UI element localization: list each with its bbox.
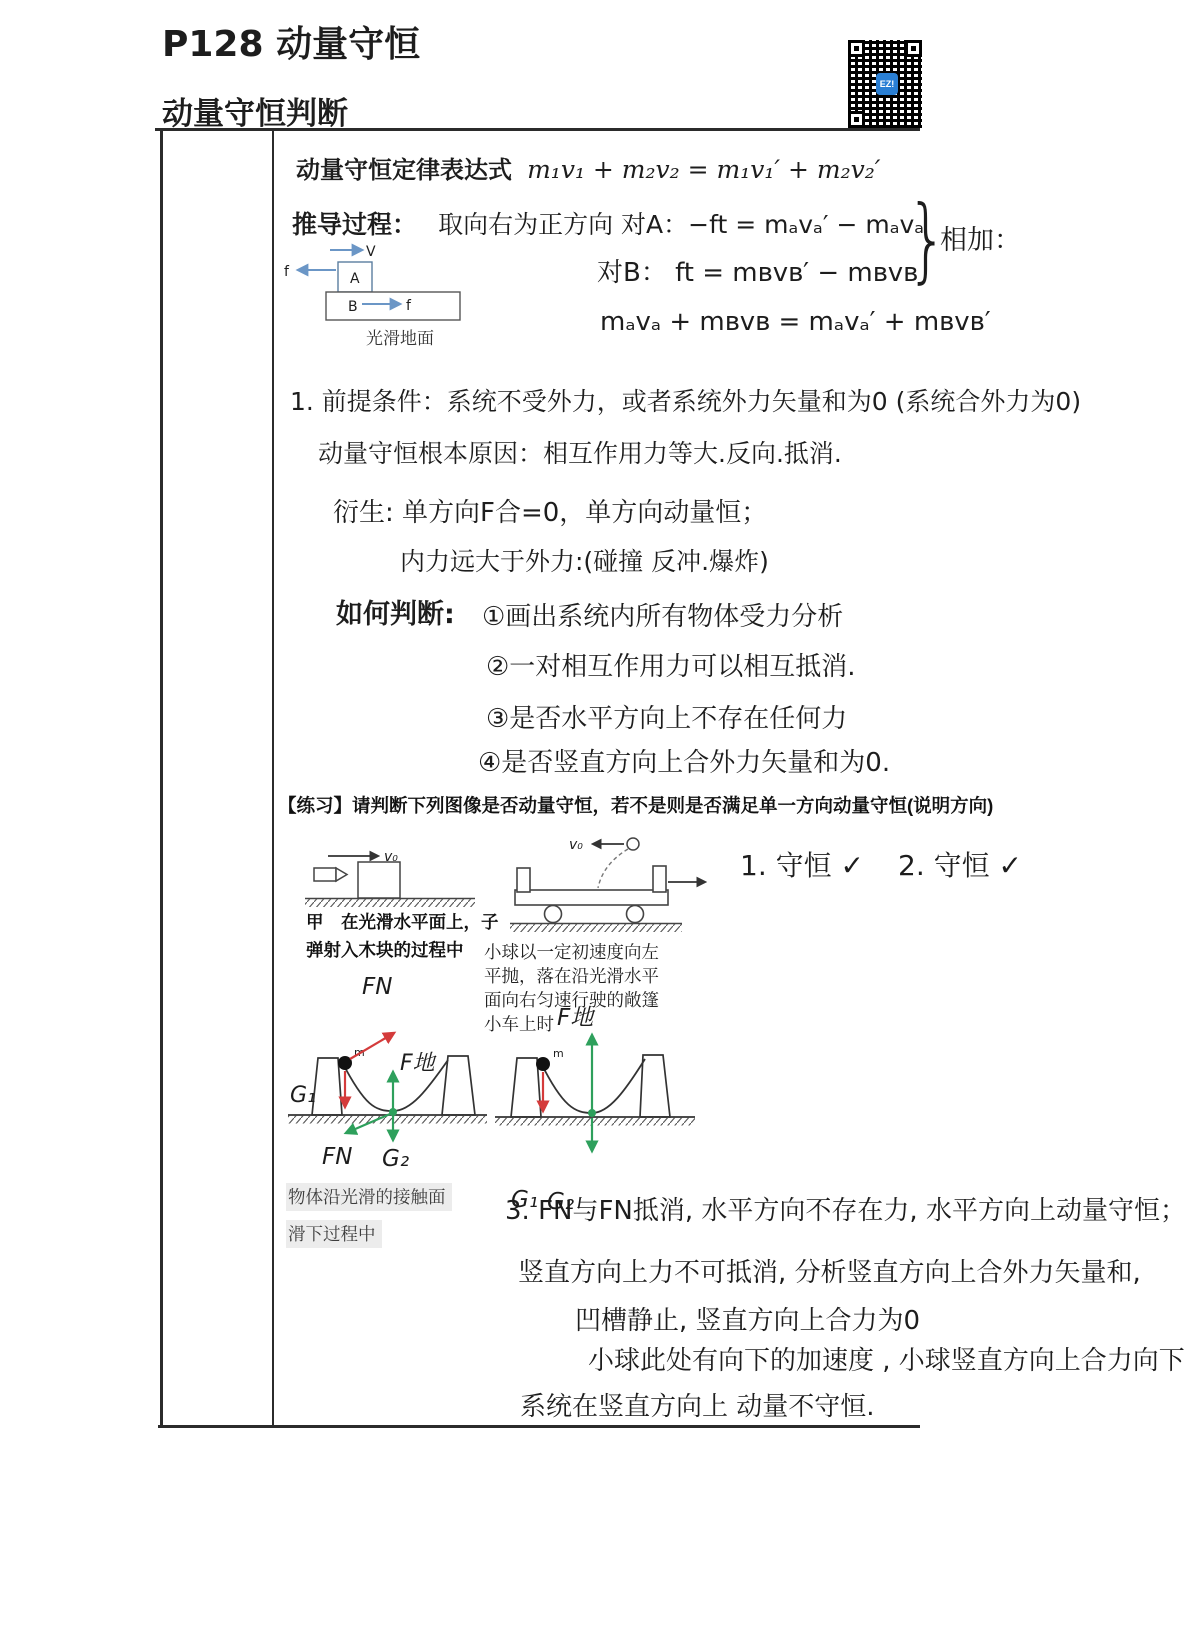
block-a-label: A [350,271,360,287]
groove-right-wall [442,1056,475,1115]
exercise-prompt: 【练习】请判断下列图像是否动量守恒，若不是则是否满足单一方向动量守恒(说明方向) [278,792,993,818]
f-earth-label: F地 [557,1005,596,1031]
cart-right-wall [653,866,666,892]
judge-step-1: ①画出系统内所有物体受力分析 [482,596,843,633]
qr-finder-bottomleft [848,111,865,128]
judge-step-4: ④是否竖直方向上合外力矢量和为0. [478,742,890,779]
f-earth-label: F地 [400,1051,437,1076]
friction-label-left: f [284,264,290,280]
contact-point [588,1109,596,1117]
law-line: 动量守恒定律表达式 m₁v₁ + m₂v₂ = m₁v₁′ + m₂v₂′ [296,150,880,185]
cart-figure: v₀ [505,830,710,932]
qr-finder-topleft [848,40,865,57]
left-rule [160,128,163,1428]
block-b-label: B [348,299,358,315]
fn-bottom-label: FN [322,1144,352,1168]
bottom-rule [158,1425,920,1428]
mass-label: m [553,1047,564,1060]
ground-hatch [288,1116,487,1124]
block-b [326,292,460,320]
qr-code: EZ! [848,40,922,128]
qr-finder-topright [905,40,922,57]
answer3-line3: 凹槽静止, 竖直方向上合力为0 [575,1300,920,1337]
derivation-line-a: 推导过程： 取向右为正方向 对A：−ft = mₐvₐ′ − mₐvₐ [292,205,924,241]
judge-step-3: ③是否水平方向上不存在任何力 [486,698,847,735]
groove-left-wall [511,1058,541,1117]
answer3-line4: 小球此处有向下的加速度 , 小球竖直方向上合力向下 [588,1340,1185,1377]
bullet-body [314,868,336,881]
notes-page: P128 动量守恒 动量守恒判断 EZ! 动量守恒定律表达式 m₁v₁ + m₂… [0,0,1192,1641]
ball [627,838,639,850]
answer-1: 1. 守恒 ✓ [740,844,864,884]
answer3-line5: 系统在竖直方向上 动量不守恒. [520,1386,875,1423]
law-label: 动量守恒定律表达式 [296,156,512,184]
judge-step-2: ②一对相互作用力可以相互抵消. [486,646,856,683]
premise-line: 1. 前提条件：系统不受外力，或者系统外力矢量和为0 (系统合外力为0) [290,382,1081,418]
internal-force-line: 内力远大于外力:(碰撞 反冲.爆炸) [400,542,769,578]
derivation-a: 取向右为正方向 对A：−ft = mₐvₐ′ − mₐvₐ [438,210,924,239]
wheel-left [545,906,562,923]
wood-block [358,862,400,898]
ground-hatch [305,899,475,907]
trajectory-dashed [598,849,628,888]
bullet-tip [336,868,347,881]
groove-left-wall [312,1058,342,1115]
derivation-b: 对B： ft = mʙvʙ′ − mʙvʙ [597,252,918,289]
cart-caption-line1: 小球以一定初速度向左 [484,940,659,964]
how-to-judge-label: 如何判断: [336,592,455,631]
page-title: P128 动量守恒 [162,16,420,67]
ball-m [536,1057,550,1071]
margin-rule [272,128,274,1428]
top-rule [155,128,920,131]
ground-hatch [495,1118,695,1126]
qr-center-logo: EZ! [876,73,898,95]
answer-2: 2. 守恒 ✓ [898,844,1022,884]
derivation-label: 推导过程： [292,210,417,239]
bullet-caption-line1: 甲 在光滑水平面上，子 [306,908,499,936]
groove-right-wall [640,1055,670,1117]
wheel-right [627,906,644,923]
g1-label: G₁ [290,1083,316,1108]
groove-left-caption-line1: 物体沿光滑的接触面 [286,1183,452,1211]
answer3-line2: 竖直方向上力不可抵消, 分析竖直方向上合外力矢量和, [518,1252,1141,1289]
reason-line: 动量守恒根本原因：相互作用力等大.反向.抵消. [318,434,842,470]
cart-base [515,890,668,905]
groove-figure-right: F地 m G₁ G₂ [495,995,700,1223]
answer3-line1: 3. FN与FN抵消, 水平方向不存在力, 水平方向上动量守恒； [505,1190,1186,1227]
velocity-label: V [366,244,376,260]
derived-line: 衍生: 单方向F合=0，单方向动量恒； [333,492,767,529]
fn-top-label: FN [362,974,392,1000]
groove-left-caption-line2: 滑下过程中 [286,1220,382,1248]
cart-caption-line2: 平抛，落在沿光滑水平 [484,964,659,988]
ground-hatch [510,924,682,932]
blocks-caption: 光滑地面 [366,324,434,349]
groove-figure-left: m FN G₁ F地 FN G₂ [280,950,495,1168]
sum-equation: mₐvₐ + mʙvʙ = mₐvₐ′ + mʙvʙ′ [600,307,991,337]
page-subtitle: 动量守恒判断 [162,88,348,133]
bullet-block-figure: v₀ [300,846,485,908]
g2-label: G₂ [382,1146,409,1168]
v0-label: v₀ [569,837,583,853]
law-equation: m₁v₁ + m₂v₂ = m₁v₁′ + m₂v₂′ [527,155,880,184]
cart-left-wall [517,868,530,892]
add-label: 相加： [940,218,1021,257]
